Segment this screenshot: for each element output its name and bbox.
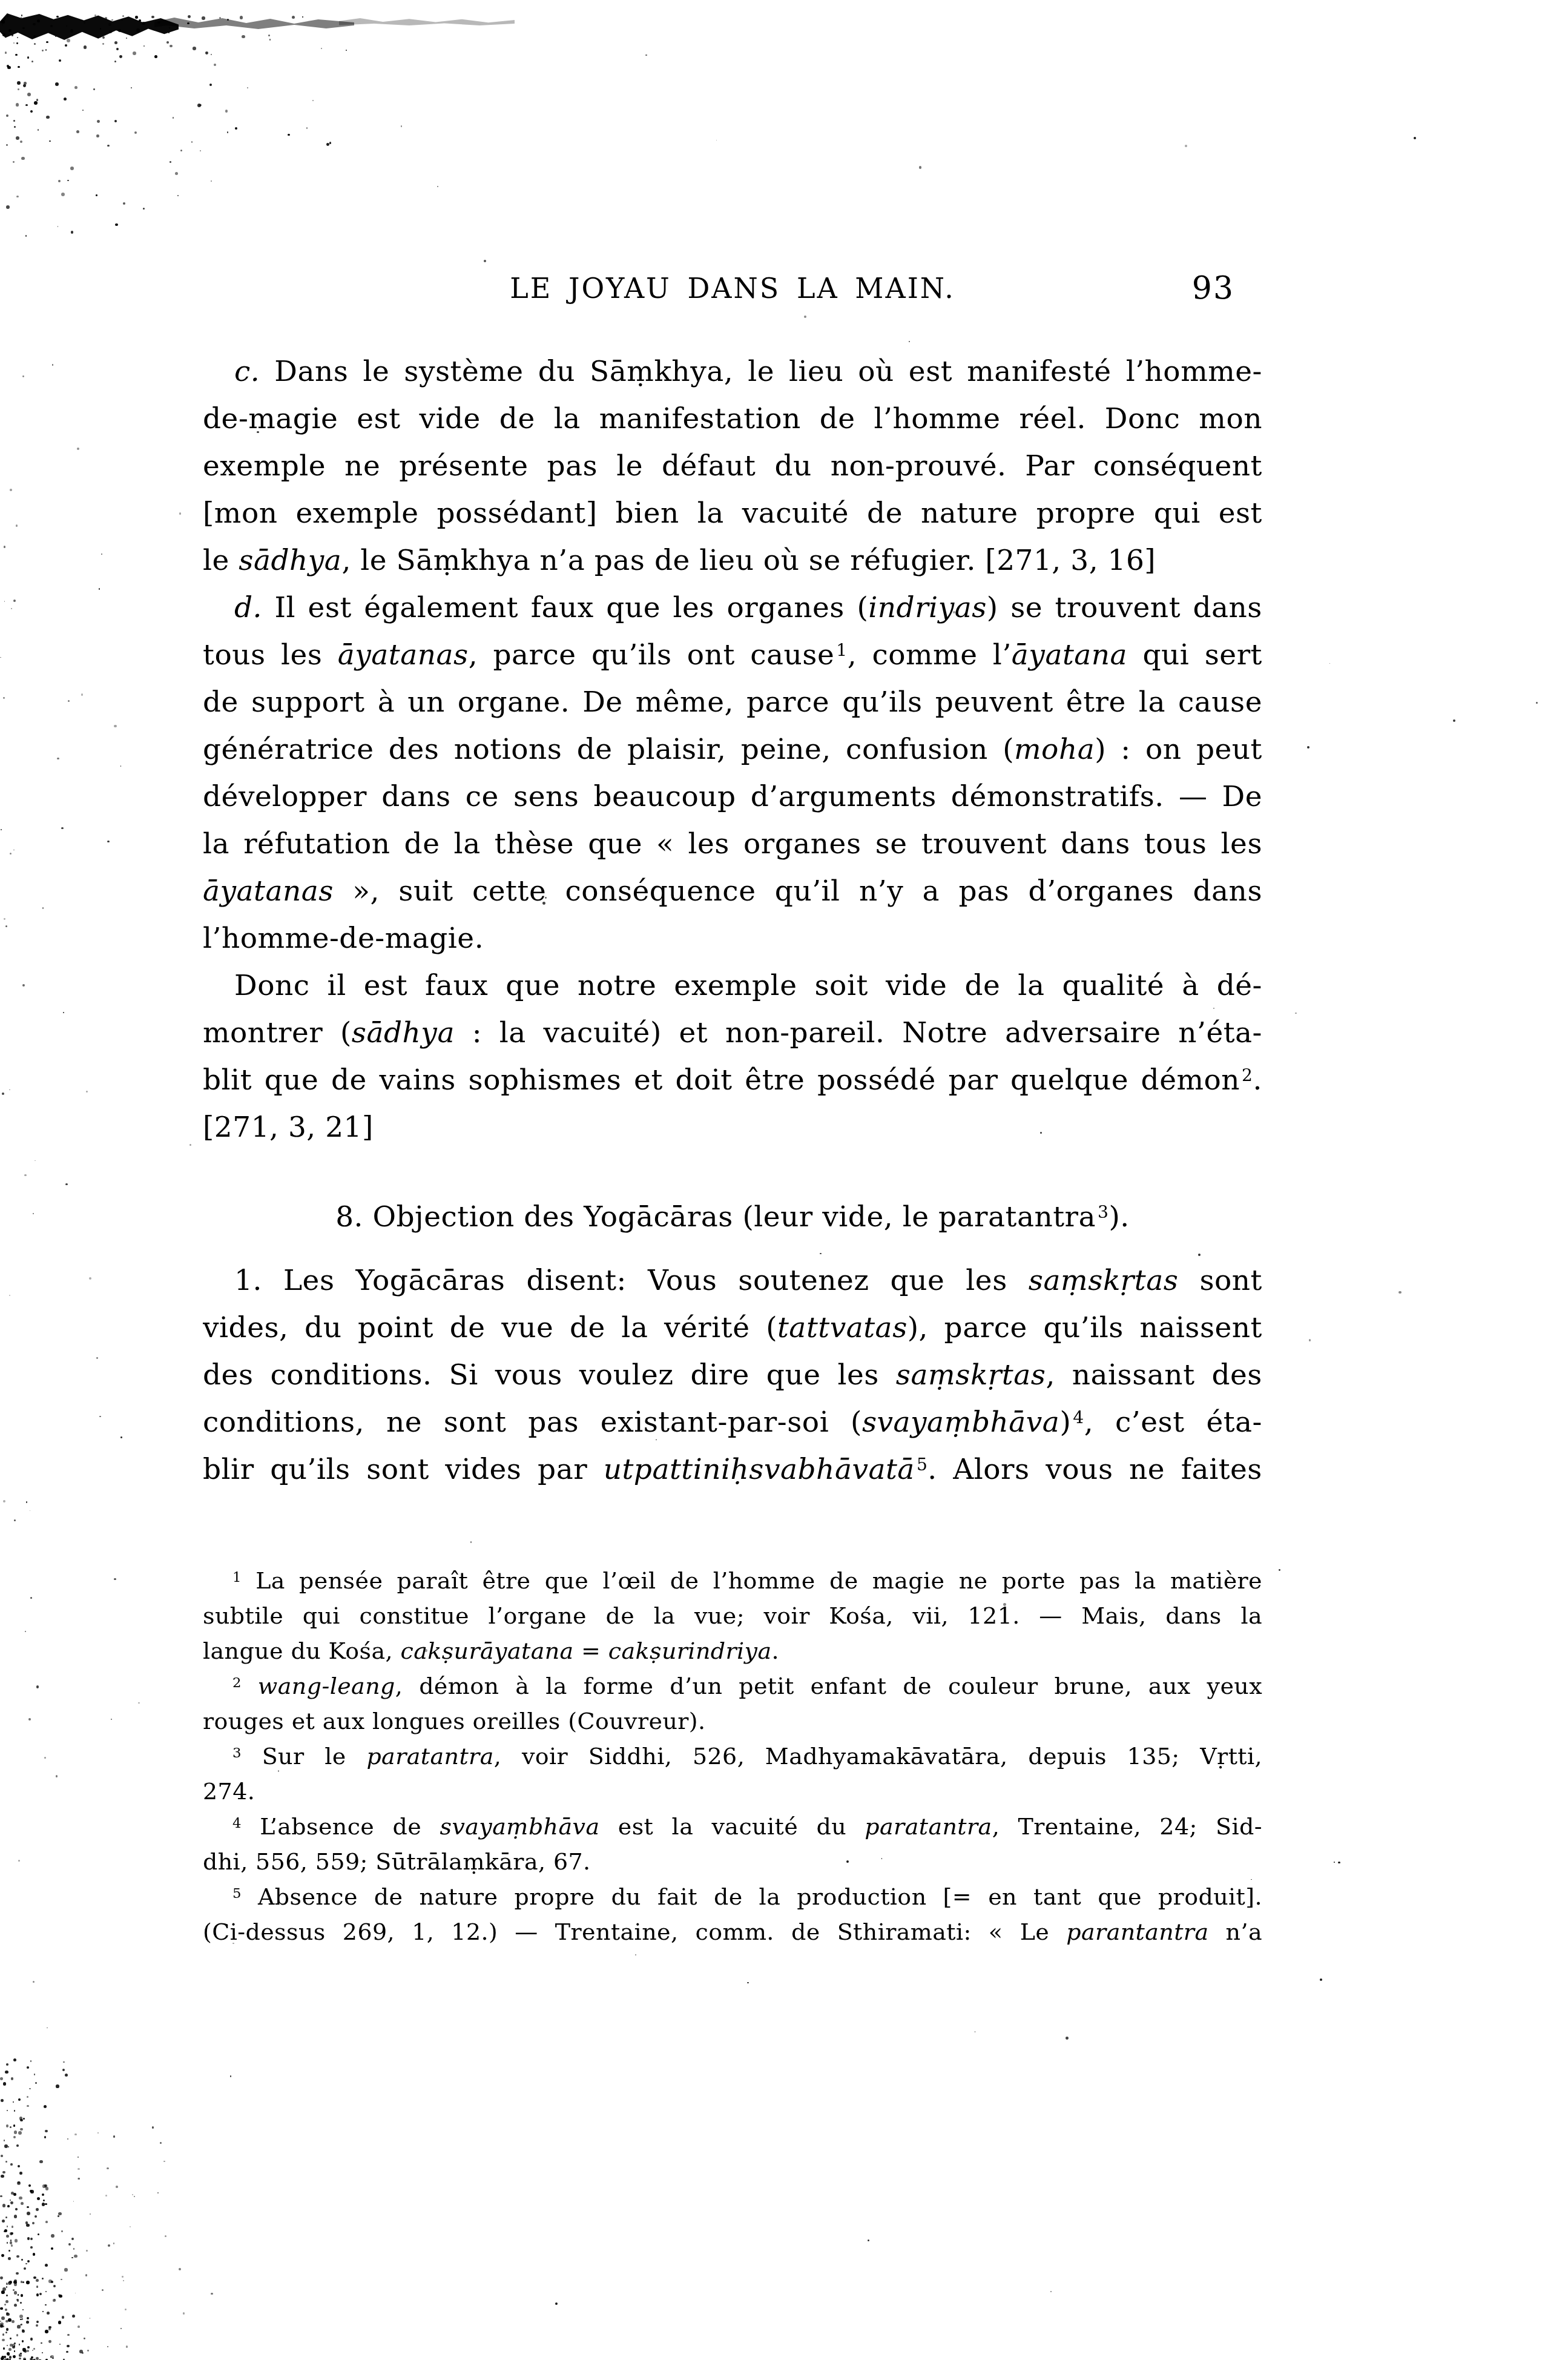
noise-speck [975,2031,976,2032]
text-segment: ) : on peut [1095,733,1262,766]
text-segment: de support à un organe. De même, parce q… [203,686,1262,719]
noise-speck [42,2193,44,2196]
text-segment: blir qu’ils sont vides par [203,1453,604,1486]
noise-speck [30,2238,33,2240]
text-segment: = [574,1638,608,1664]
noise-speck [45,2330,48,2333]
noise-speck [38,129,39,131]
text-segment: conditions, ne sont pas existant-par-soi… [203,1406,862,1439]
noise-speck [36,2293,39,2296]
noise-speck [20,2302,22,2304]
text-segment: blit que de vains sophismes et doit être… [203,1063,1240,1097]
text-segment: moha [1014,733,1095,766]
noise-speck [716,140,717,141]
noise-speck [59,2344,61,2345]
text-segment: Absence de nature propre du fait de la p… [242,1883,1262,1910]
footnote-ref: 4 [1071,1407,1084,1427]
noise-speck [14,2304,17,2307]
noise-speck [21,2353,22,2354]
text-segment: sādhya [239,544,341,577]
noise-speck [240,16,243,19]
noise-speck [0,2307,2,2310]
noise-speck [126,38,128,39]
text-segment: utpattiniḥsvabhāvatā [604,1453,915,1486]
text-line: de-magie est vide de la manifestation de… [203,395,1262,443]
text-segment: āyatanas [203,874,334,908]
noise-speck [200,150,201,151]
noise-speck [1,2307,3,2310]
noise-speck [79,2350,83,2353]
noise-speck [635,1954,636,1955]
noise-speck [12,2320,15,2323]
noise-speck [133,51,136,55]
noise-speck [55,82,59,86]
footnote: 1 La pensée paraît être que l’œil de l’h… [203,1563,1262,1668]
noise-speck [13,2124,16,2127]
noise-speck [15,2281,17,2284]
noise-speck [4,2144,8,2148]
text-segment: de-magie est vide de la manifestation de… [203,402,1262,435]
noise-speck [11,2244,13,2247]
noise-speck [23,2358,26,2360]
noise-speck [180,150,182,151]
noise-speck [143,45,145,47]
noise-speck [89,1277,91,1280]
noise-speck [36,2324,38,2327]
noise-speck [138,1702,140,1704]
noise-speck [16,2272,19,2275]
noise-speck [2,1092,4,1095]
noise-speck [555,2302,558,2305]
noise-speck [211,2293,212,2295]
noise-speck [22,2330,25,2333]
noise-speck [1453,719,1455,722]
noise-speck [6,114,8,117]
noise-speck [7,2353,10,2355]
noise-speck [73,2248,75,2250]
noise-speck [919,166,922,169]
noise-speck [7,2110,8,2111]
noise-speck [8,2250,11,2252]
text-segment: ) se trouvent dans [987,591,1262,624]
text-line: subtile qui constitue l’organe de la vue… [203,1598,1262,1633]
text-segment: l’homme-de-magie. [203,922,484,955]
noise-speck [27,2206,28,2208]
noise-speck [70,167,74,170]
noise-speck [189,1144,191,1146]
running-title: LE JOYAU DANS LA MAIN. [203,268,1262,308]
noise-speck [61,193,65,196]
noise-speck [1,20,5,24]
noise-speck [1,2357,4,2360]
noise-speck [160,2142,162,2144]
noise-speck [39,2160,43,2164]
text-segment: exemple ne présente pas le défaut du non… [203,449,1262,483]
noise-speck [37,2197,40,2200]
noise-speck [5,2161,8,2163]
noise-speck [58,2294,61,2296]
noise-speck [16,2255,19,2258]
noise-speck [1050,2291,1052,2292]
noise-speck [13,120,15,122]
noise-speck [15,2239,18,2242]
noise-speck [7,15,8,17]
noise-speck [22,2281,25,2284]
noise-speck [27,2317,29,2319]
noise-speck [76,130,80,134]
noise-speck [19,2358,21,2359]
footnote: 3 Sur le paratantra, voir Siddhi, 526, M… [203,1739,1262,1809]
noise-speck [14,2291,18,2295]
noise-speck [868,2239,869,2241]
noise-speck [18,2181,20,2184]
noise-speck [127,17,128,18]
text-line: d. Il est également faux que les organes… [203,584,1262,632]
noise-speck [30,1597,32,1599]
noise-speck [1320,1978,1322,1981]
noise-speck [17,2325,20,2328]
noise-speck [66,25,67,27]
noise-speck [77,2325,80,2328]
noise-speck [19,2344,20,2345]
noise-speck [1,2175,4,2178]
text-segment: cakṣurāyatana [401,1638,574,1664]
noise-speck [77,2157,79,2158]
noise-speck [19,2196,22,2200]
footnote-ref: 1 [834,640,847,660]
noise-speck [63,1012,64,1013]
noise-speck [93,88,95,90]
noise-speck [13,2058,16,2061]
noise-speck [170,161,171,163]
noise-speck [2,2356,4,2359]
noise-speck [78,2178,80,2180]
noise-speck [30,2358,33,2360]
noise-speck [108,23,111,26]
noise-speck [22,2341,24,2342]
noise-speck [0,657,1,658]
text-segment: sādhya [352,1016,455,1049]
noise-speck [13,2289,15,2291]
noise-speck [16,2299,18,2301]
noise-speck [20,2324,21,2325]
noise-speck [13,2136,16,2138]
noise-speck [77,2168,79,2170]
noise-speck [269,39,271,41]
noise-speck [139,19,140,21]
noise-speck [12,2346,15,2348]
section-heading: 8. Objection des Yogācāras (leur vide, l… [203,1194,1262,1241]
noise-speck [51,2281,53,2283]
footnote-ref: 5 [231,1886,242,1902]
noise-speck [13,42,15,44]
text-line: 2 wang-leang, démon à la forme d’un peti… [203,1668,1262,1704]
noise-speck [56,1775,58,1777]
noise-speck [102,2289,104,2291]
noise-speck [6,2282,7,2284]
noise-speck [27,2350,29,2352]
text-segment: . Alors vous ne faites [927,1453,1262,1486]
noise-speck [193,47,196,50]
noise-speck [2,2333,4,2335]
noise-speck [3,1500,5,1502]
noise-speck [4,2229,7,2232]
noise-speck [97,2132,99,2134]
noise-speck [134,131,137,134]
noise-speck [45,2304,46,2305]
text-line: (Ci-dessus 269, 1, 12.) — Trentaine, com… [203,1914,1262,1949]
noise-speck [18,2165,20,2167]
noise-speck [5,2071,8,2074]
noise-speck [16,2144,19,2147]
noise-speck [165,2235,166,2237]
noise-speck [10,2163,12,2165]
noise-speck [27,2105,29,2107]
noise-speck [0,2325,3,2328]
noise-speck [61,2279,62,2281]
noise-speck [53,2285,56,2287]
noise-speck [27,2096,28,2098]
noise-speck [75,2293,76,2294]
noise-speck [6,2286,8,2288]
noise-speck [71,231,74,234]
noise-speck [33,2253,36,2256]
noise-speck [0,2276,3,2279]
text-segment: le [203,544,239,577]
noise-speck [64,98,67,101]
text-segment: Sur le [242,1743,366,1770]
text-segment: 274. [203,1778,255,1805]
text-segment: tattvatas [777,1311,908,1344]
noise-speck [17,37,18,38]
text-segment: », suit cette conséquence qu’il n’y a pa… [334,874,1262,908]
noise-speck [35,1160,36,1162]
text-line: 274. [203,1774,1262,1809]
noise-speck [115,223,117,226]
noise-speck [18,1860,21,1862]
footnote-ref: 4 [231,1816,242,1831]
noise-speck [8,2281,12,2285]
footnote-ref: 3 [231,1745,242,1761]
noise-speck [13,850,15,851]
noise-speck [1,2325,2,2327]
noise-speck [8,29,12,32]
text-segment: , le Sāṃkhya n’a pas de lieu où se réfug… [341,544,1156,577]
noise-speck [46,116,49,119]
text-segment: , c’est éta- [1084,1406,1262,1439]
noise-speck [235,127,237,130]
noise-speck [29,2088,31,2090]
noise-speck [18,66,19,68]
noise-speck [18,2098,21,2101]
text-segment: saṃskṛtas [1029,1264,1179,1297]
noise-speck [111,1719,112,1720]
noise-speck [214,64,216,66]
noise-speck [45,2203,47,2205]
noise-speck [169,27,170,28]
noise-speck [21,17,22,18]
noise-speck [49,140,50,142]
noise-speck [173,117,174,118]
noise-speck [163,2161,165,2163]
noise-speck [52,364,54,366]
noise-speck [15,54,17,56]
noise-speck [44,2105,47,2108]
noise-speck [19,2315,23,2318]
noise-speck [302,16,303,18]
noise-speck [13,600,16,602]
noise-speck [10,2200,12,2201]
noise-speck [175,172,178,175]
noise-speck [7,66,11,70]
noise-speck [16,136,19,140]
noise-speck [199,104,201,106]
noise-speck [1,2291,4,2293]
noise-speck [24,82,27,85]
noise-speck [5,51,7,53]
text-segment: saṃskṛtas [896,1358,1046,1392]
noise-speck [21,15,22,16]
noise-speck [97,120,100,123]
noise-speck [26,2224,29,2227]
noise-speck [1334,1862,1335,1863]
noise-speck [58,2321,61,2324]
noise-speck [23,84,26,87]
noise-speck [82,110,84,111]
noise-speck [6,144,8,146]
noise-speck [66,2351,68,2353]
noise-speck [7,2226,8,2227]
noise-speck [142,22,145,25]
noise-speck [58,2212,61,2215]
noise-speck [25,1631,26,1632]
text-segment: paratantra [865,1813,992,1840]
noise-speck [99,1416,101,1418]
noise-speck [61,2230,62,2232]
noise-speck [54,2299,56,2301]
noise-speck [8,2257,11,2260]
noise-speck [34,101,38,105]
text-segment: svayaṃbhāva [440,1813,600,1840]
noise-speck [42,2311,44,2312]
footnote: 2 wang-leang, démon à la forme d’un peti… [203,1668,1262,1739]
noise-speck [170,45,173,48]
noise-speck [4,2230,5,2232]
text-segment: sont [1178,1264,1262,1297]
noise-speck [30,2060,32,2062]
noise-speck [19,2355,21,2356]
noise-speck [11,2077,13,2080]
noise-speck [122,2276,124,2278]
text-line: langue du Kośa, cakṣurāyatana = cakṣurin… [203,1633,1262,1668]
paragraph: d. Il est également faux que les organes… [203,584,1262,962]
noise-speck [22,2348,25,2351]
text-segment: cakṣurindriya [608,1638,772,1664]
noise-speck [0,2322,4,2326]
noise-speck [22,2318,24,2320]
text-line: la réfutation de la thèse que « les orga… [203,821,1262,868]
noise-speck [25,2263,27,2265]
noise-speck [14,2342,16,2345]
text-line: [mon exemple possédant] bien la vacuité … [203,490,1262,537]
noise-speck [1295,1013,1296,1014]
noise-speck [2,33,6,37]
noise-speck [47,2312,50,2315]
text-segment: 1. Les Yogācāras disent: Vous soutenez q… [234,1264,1029,1297]
noise-speck [37,19,40,22]
noise-speck [202,16,205,19]
text-line: dhi, 556, 559; Sūtrālaṃkāra, 67. [203,1844,1262,1879]
noise-speck [321,48,322,49]
noise-speck [50,31,51,33]
text-segment: indriyas [868,591,987,624]
noise-speck [20,140,22,143]
noise-speck [42,2184,46,2188]
text-line: Donc il est faux que notre exemple soit … [203,962,1262,1010]
noise-speck [17,81,21,85]
noise-speck [225,110,228,112]
noise-speck [90,2213,91,2215]
noise-speck [12,2226,13,2227]
noise-speck [1398,1291,1401,1294]
text-segment [242,1673,258,1699]
text-segment: vides, du point de vue de la vérité ( [203,1311,777,1344]
noise-speck [22,2309,24,2310]
noise-speck [10,2126,12,2128]
footnote-ref: 2 [231,1675,242,1691]
text-segment: (Ci-dessus 269, 1, 12.) — Trentaine, com… [203,1919,1066,1945]
noise-speck [166,41,168,43]
noise-speck [10,2239,12,2241]
noise-speck [6,2358,8,2360]
noise-speck [100,28,102,30]
noise-speck [21,2294,23,2296]
footnote-ref: 2 [1240,1065,1253,1085]
noise-speck [16,103,19,107]
noise-speck [132,2194,133,2195]
noise-speck [329,142,331,144]
noise-speck [179,512,181,514]
noise-speck [119,55,122,58]
noise-speck [121,19,123,21]
noise-speck [14,2110,16,2112]
noise-speck [45,2130,47,2132]
text-segment: , naissant des [1046,1358,1262,1392]
text-line: conditions, ne sont pas existant-par-soi… [203,1399,1262,1446]
noise-speck [113,2243,114,2244]
noise-speck [1307,746,1309,749]
noise-speck [197,104,201,107]
noise-speck [35,2215,37,2218]
noise-speck [5,2216,7,2218]
noise-speck [96,134,99,137]
noise-speck [1329,663,1331,664]
noise-speck [74,2255,77,2258]
text-line: 3 Sur le paratantra, voir Siddhi, 526, M… [203,1739,1262,1774]
noise-speck [4,18,6,20]
noise-speck [10,489,12,491]
noise-speck [21,157,24,160]
noise-speck [22,27,24,29]
noise-speck [11,2192,14,2195]
noise-speck [6,205,10,209]
text-line: montrer (sādhya : la vacuité) et non-par… [203,1010,1262,1057]
noise-speck [36,2208,39,2211]
noise-speck [59,59,62,62]
noise-speck [30,2190,32,2192]
footnote-ref: 3 [1096,1202,1108,1222]
noise-speck [16,196,19,198]
